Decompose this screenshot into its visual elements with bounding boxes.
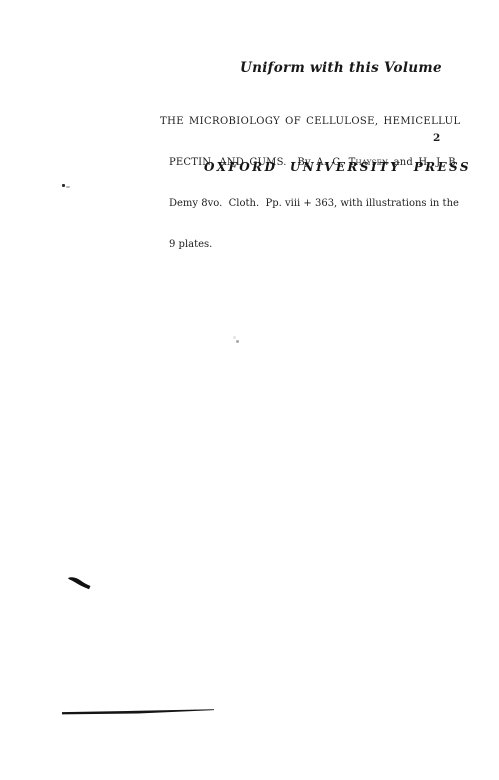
ink-speck-tail [66, 186, 70, 188]
ink-speck-mark [62, 184, 65, 187]
scanned-book-page: Uniform with this Volume THE MICROBIOLOG… [0, 0, 499, 780]
book-details-line: Demy 8vo. Cloth. Pp. viii + 363, with il… [160, 197, 460, 211]
faint-dot-mark [236, 340, 239, 343]
book-title-line: THE MICROBIOLOGY OF CELLULOSE, HEMICELLU… [160, 115, 460, 129]
book-advertisement: THE MICROBIOLOGY OF CELLULOSE, HEMICELLU… [160, 88, 460, 278]
faint-dot-halo [233, 336, 236, 339]
series-note-heading: Uniform with this Volume [240, 60, 442, 76]
book-plates-line: 9 plates. [160, 238, 460, 252]
publisher-imprint: OXFORD UNIVERSITY PRESS [204, 160, 471, 174]
price-fragment: 2 [433, 132, 440, 144]
ink-rule-line [58, 706, 220, 718]
pen-stroke-mark [66, 573, 94, 593]
